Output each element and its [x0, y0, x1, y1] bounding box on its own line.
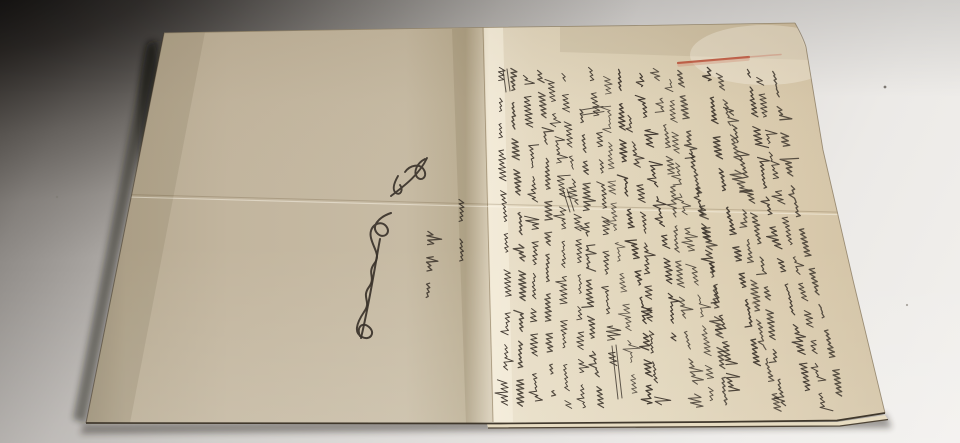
letter-scene	[0, 0, 960, 443]
speck	[906, 304, 908, 306]
speck	[56, 196, 58, 198]
speck	[884, 86, 887, 89]
speck	[752, 302, 755, 305]
photograph-of-handwritten-letter	[0, 0, 960, 443]
